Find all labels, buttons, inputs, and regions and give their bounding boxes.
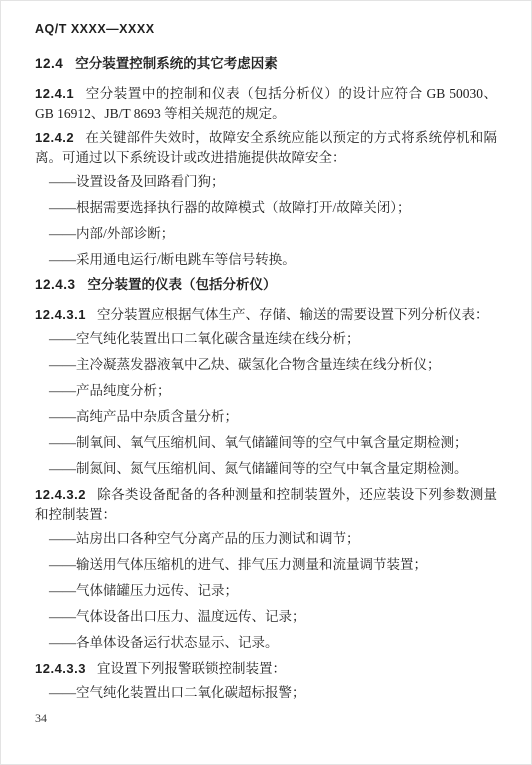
list-item: ——气体设备出口压力、温度远传、记录； bbox=[35, 607, 497, 627]
list-item: ——主冷凝蒸发器液氧中乙炔、碳氢化合物含量连续在线分析仪； bbox=[35, 355, 497, 375]
clause-12-4-3-3: 12.4.3.3宜设置下列报警联锁控制装置： bbox=[35, 659, 497, 679]
list-item: ——根据需要选择执行器的故障模式（故障打开/故障关闭）； bbox=[35, 198, 497, 218]
page-number: 34 bbox=[35, 711, 47, 726]
list-item: ——站房出口各种空气分离产品的压力测试和调节； bbox=[35, 529, 497, 549]
list-item: ——设置设备及回路看门狗； bbox=[35, 172, 497, 192]
clause-number: 12.4 bbox=[35, 56, 63, 71]
clause-text: 除各类设备配备的各种测量和控制装置外，还应装设下列参数测量和控制装置： bbox=[35, 487, 497, 522]
clause-text: 空分装置中的控制和仪表（包括分析仪）的设计应符合 GB 50030、GB 169… bbox=[35, 86, 497, 121]
clause-number: 12.4.3.2 bbox=[35, 487, 86, 502]
list-item: ——空气纯化装置出口二氧化碳含量连续在线分析； bbox=[35, 329, 497, 349]
clause-12-4-3-2: 12.4.3.2除各类设备配备的各种测量和控制装置外，还应装设下列参数测量和控制… bbox=[35, 485, 497, 525]
heading-text: 空分装置的仪表（包括分析仪） bbox=[88, 277, 277, 292]
document-content: 12.4空分装置控制系统的其它考虑因素 12.4.1空分装置中的控制和仪表（包括… bbox=[35, 55, 497, 703]
standard-code-header: AQ/T XXXX—XXXX bbox=[35, 21, 497, 37]
list-item: ——产品纯度分析； bbox=[35, 381, 497, 401]
clause-number: 12.4.3.3 bbox=[35, 661, 86, 676]
document-page: AQ/T XXXX—XXXX 12.4空分装置控制系统的其它考虑因素 12.4.… bbox=[0, 0, 532, 765]
section-heading-12-4-3: 12.4.3空分装置的仪表（包括分析仪） bbox=[35, 276, 497, 294]
clause-number: 12.4.3 bbox=[35, 277, 76, 292]
clause-12-4-1: 12.4.1空分装置中的控制和仪表（包括分析仪）的设计应符合 GB 50030、… bbox=[35, 84, 497, 124]
clause-12-4-3-1: 12.4.3.1空分装置应根据气体生产、存储、输送的需要设置下列分析仪表： bbox=[35, 305, 497, 325]
list-item: ——内部/外部诊断； bbox=[35, 224, 497, 244]
heading-text: 空分装置控制系统的其它考虑因素 bbox=[75, 56, 278, 71]
list-item: ——各单体设备运行状态显示、记录。 bbox=[35, 633, 497, 653]
list-item: ——高纯产品中杂质含量分析； bbox=[35, 407, 497, 427]
clause-text: 在关键部件失效时，故障安全系统应能以预定的方式将系统停机和隔离。可通过以下系统设… bbox=[35, 130, 497, 165]
section-heading-12-4: 12.4空分装置控制系统的其它考虑因素 bbox=[35, 55, 497, 73]
list-item: ——气体储罐压力远传、记录； bbox=[35, 581, 497, 601]
clause-number: 12.4.2 bbox=[35, 130, 74, 145]
clause-12-4-2: 12.4.2在关键部件失效时，故障安全系统应能以预定的方式将系统停机和隔离。可通… bbox=[35, 128, 497, 168]
list-item: ——采用通电运行/断电跳车等信号转换。 bbox=[35, 250, 497, 270]
clause-text: 空分装置应根据气体生产、存储、输送的需要设置下列分析仪表： bbox=[97, 307, 489, 322]
clause-number: 12.4.1 bbox=[35, 86, 74, 101]
clause-text: 宜设置下列报警联锁控制装置： bbox=[97, 661, 286, 676]
list-item: ——空气纯化装置出口二氧化碳超标报警； bbox=[35, 683, 497, 703]
list-item: ——制氧间、氧气压缩机间、氧气储罐间等的空气中氧含量定期检测； bbox=[35, 433, 497, 453]
list-item: ——制氮间、氮气压缩机间、氮气储罐间等的空气中氧含量定期检测。 bbox=[35, 459, 497, 479]
list-item: ——输送用气体压缩机的进气、排气压力测量和流量调节装置； bbox=[35, 555, 497, 575]
clause-number: 12.4.3.1 bbox=[35, 307, 86, 322]
